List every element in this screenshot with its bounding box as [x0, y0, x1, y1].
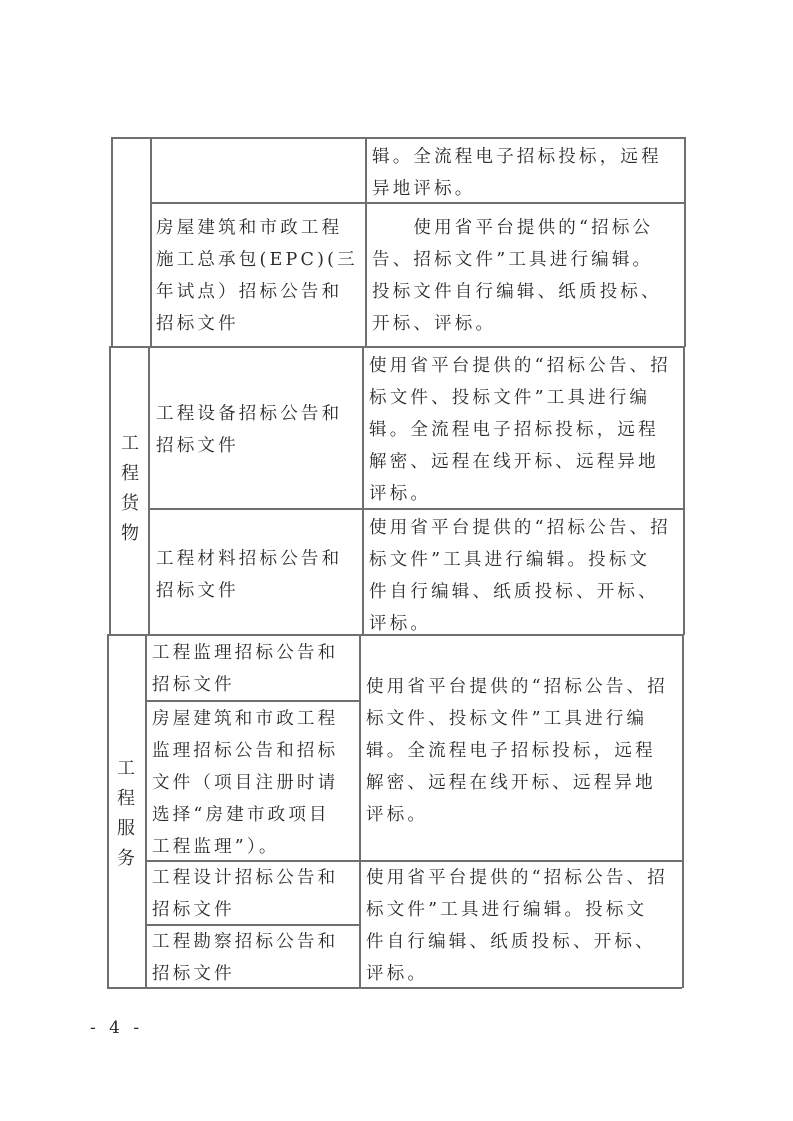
category-char: 程 [112, 459, 148, 489]
category-char: 程 [108, 784, 144, 814]
column-divider-2 [362, 346, 364, 635]
table-left-border [111, 137, 113, 347]
column-divider-1 [148, 346, 150, 635]
method-cell-equipment: 使用省平台提供的“招标公告、招 标文件、投标文件”工具进行编 辑。全流程电子招标… [369, 350, 681, 510]
page-number: - 4 - [90, 1018, 143, 1038]
column-divider-2 [365, 137, 367, 347]
item-cell-housing-supervision: 房屋建筑和市政工程 监理招标公告和招标 文件（项目注册时请 选择“房建市政项目 … [152, 703, 358, 863]
item-cell-equipment: 工程设备招标公告和 招标文件 [156, 398, 361, 462]
category-char: 工 [112, 429, 148, 459]
table-right-border [682, 634, 684, 988]
item-cell-survey: 工程勘察招标公告和 招标文件 [152, 926, 358, 990]
category-char: 物 [112, 519, 148, 549]
column-divider-1 [145, 634, 147, 988]
table-left-border [109, 346, 111, 635]
method-cell-continuation: 辑。全流程电子招标投标，远程 异地评标。 [372, 141, 682, 205]
document-page: 辑。全流程电子招标投标，远程 异地评标。 房屋建筑和市政工程 施工总承包(EPC… [0, 0, 793, 1121]
category-label-goods: 工 程 货 物 [112, 367, 148, 549]
category-char: 工 [108, 754, 144, 784]
method-cell-design-survey: 使用省平台提供的“招标公告、招 标文件”工具进行编辑。投标文 件自行编辑、纸质投… [366, 862, 680, 990]
row-divider [110, 346, 685, 348]
category-char: 务 [108, 844, 144, 874]
column-divider-2 [359, 634, 361, 988]
method-cell-supervision: 使用省平台提供的“招标公告、招 标文件、投标文件”工具进行编 辑。全流程电子招标… [366, 671, 680, 831]
table-right-border [683, 346, 685, 635]
item-cell-materials: 工程材料招标公告和 招标文件 [156, 543, 361, 607]
method-cell-materials: 使用省平台提供的“招标公告、招 标文件”工具进行编辑。投标文 件自行编辑、纸质投… [369, 512, 681, 640]
category-char: 服 [108, 814, 144, 844]
category-char: 货 [112, 489, 148, 519]
table-right-border [684, 137, 686, 347]
item-cell-supervision: 工程监理招标公告和 招标文件 [152, 637, 358, 701]
item-cell-epc: 房屋建筑和市政工程 施工总承包(EPC)(三 年试点）招标公告和 招标文件 [156, 212, 364, 340]
category-label-services: 工 程 服 务 [108, 740, 144, 874]
method-cell-epc: 使用省平台提供的“招标公 告、招标文件”工具进行编辑。 投标文件自行编辑、纸质投… [372, 212, 682, 340]
column-divider-1 [150, 137, 152, 347]
table-top-border [112, 137, 685, 139]
item-cell-design: 工程设计招标公告和 招标文件 [152, 862, 358, 926]
